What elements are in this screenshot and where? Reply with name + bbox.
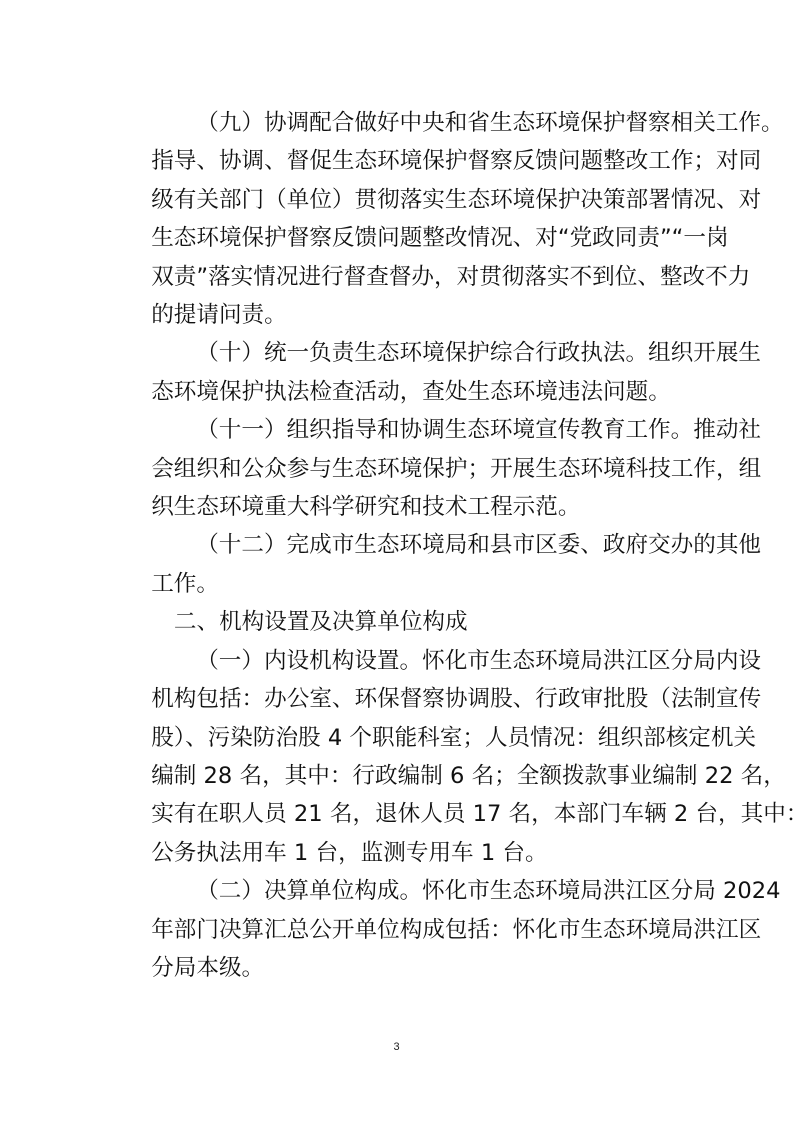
paragraph-section-2-2: （二）决算单位构成。怀化市生态环境局洪江区分局 2024 年部门决算汇总公开单位… xyxy=(106,872,696,987)
text-line: 分局本级。 xyxy=(106,949,696,987)
text-line: （十一）组织指导和协调生态环境宣传教育工作。推动社 xyxy=(106,411,696,449)
text-line: 生态环境保护督察反馈问题整改情况、对“党政同责”“一岗 xyxy=(106,219,696,257)
document-page: （九）协调配合做好中央和省生态环境保护督察相关工作。 指导、协调、督促生态环境保… xyxy=(106,104,696,987)
text-line: 股）、污染防治股 4 个职能科室；人员情况：组织部核定机关 xyxy=(106,719,696,757)
paragraph-item-9: （九）协调配合做好中央和省生态环境保护督察相关工作。 指导、协调、督促生态环境保… xyxy=(106,104,696,334)
text-line: 的提请问责。 xyxy=(106,296,696,334)
section-heading-text: 二、机构设置及决算单位构成 xyxy=(106,603,696,641)
paragraph-item-11: （十一）组织指导和协调生态环境宣传教育工作。推动社 会组织和公众参与生态环境保护… xyxy=(106,411,696,526)
text-line: 编制 28 名，其中：行政编制 6 名；全额拨款事业编制 22 名， xyxy=(106,757,696,795)
text-line: 公务执法用车 1 台，监测专用车 1 台。 xyxy=(106,834,696,872)
text-line: 机构包括：办公室、环保督察协调股、行政审批股（法制宣传 xyxy=(106,680,696,718)
paragraph-item-12: （十二）完成市生态环境局和县市区委、政府交办的其他 工作。 xyxy=(106,526,696,603)
paragraph-section-2-1: （一）内设机构设置。怀化市生态环境局洪江区分局内设 机构包括：办公室、环保督察协… xyxy=(106,642,696,872)
text-line: 双责”落实情况进行督查督办，对贯彻落实不到位、整改不力 xyxy=(106,258,696,296)
paragraph-item-10: （十）统一负责生态环境保护综合行政执法。组织开展生 态环境保护执法检查活动，查处… xyxy=(106,334,696,411)
text-line: 级有关部门（单位）贯彻落实生态环境保护决策部署情况、对 xyxy=(106,181,696,219)
text-line: 工作。 xyxy=(106,565,696,603)
text-line: 年部门决算汇总公开单位构成包括：怀化市生态环境局洪江区 xyxy=(106,911,696,949)
text-line: （九）协调配合做好中央和省生态环境保护督察相关工作。 xyxy=(106,104,696,142)
text-line: （十二）完成市生态环境局和县市区委、政府交办的其他 xyxy=(106,526,696,564)
section-heading: 二、机构设置及决算单位构成 xyxy=(106,603,696,641)
text-line: 织生态环境重大科学研究和技术工程示范。 xyxy=(106,488,696,526)
text-line: 会组织和公众参与生态环境保护；开展生态环境科技工作，组 xyxy=(106,450,696,488)
text-line: （二）决算单位构成。怀化市生态环境局洪江区分局 2024 xyxy=(106,872,696,910)
text-line: （一）内设机构设置。怀化市生态环境局洪江区分局内设 xyxy=(106,642,696,680)
page-number: 3 xyxy=(0,1041,793,1053)
text-line: 指导、协调、督促生态环境保护督察反馈问题整改工作；对同 xyxy=(106,142,696,180)
text-line: 实有在职人员 21 名，退休人员 17 名，本部门车辆 2 台，其中： xyxy=(106,795,696,833)
text-line: 态环境保护执法检查活动，查处生态环境违法问题。 xyxy=(106,373,696,411)
text-line: （十）统一负责生态环境保护综合行政执法。组织开展生 xyxy=(106,334,696,372)
